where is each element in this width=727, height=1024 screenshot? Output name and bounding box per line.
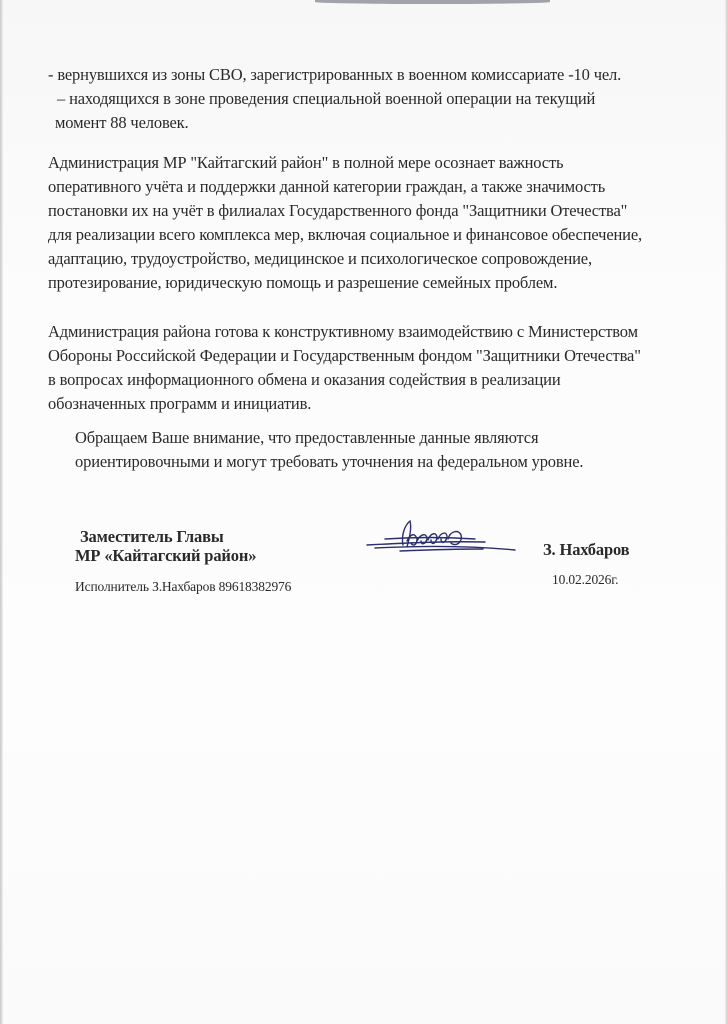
paragraph-line: Администрация МР "Кайтагский район" в по… bbox=[48, 153, 563, 173]
list-item-continuation: момент 88 человек. bbox=[55, 113, 189, 133]
document-date: 10.02.2026г. bbox=[552, 570, 618, 590]
executor-contact: Исполнитель З.Нахбаров 89618382976 bbox=[75, 577, 291, 597]
list-item-returned: - вернувшихся из зоны СВО, зарегистриров… bbox=[48, 65, 621, 85]
paragraph-line: протезирование, юридическую помощь и раз… bbox=[48, 273, 557, 293]
paragraph-line: адаптацию, трудоустройство, медицинское … bbox=[48, 249, 592, 269]
paragraph-line: оперативного учёта и поддержки данной ка… bbox=[48, 177, 605, 197]
paragraph-line: ориентировочными и могут требовать уточн… bbox=[75, 452, 583, 472]
page-edge-left bbox=[0, 0, 3, 1024]
document-page: - вернувшихся из зоны СВО, зарегистриров… bbox=[0, 0, 727, 1024]
paragraph-line: Обороны Российской Федерации и Государст… bbox=[48, 346, 641, 366]
position-organization: МР «Кайтагский район» bbox=[75, 546, 256, 566]
list-item-in-zone: – находящихся в зоне проведения специаль… bbox=[57, 89, 595, 109]
handwritten-signature bbox=[365, 515, 525, 560]
signer-name: З. Нахбаров bbox=[543, 540, 629, 560]
paragraph-line: Администрация района готова к конструкти… bbox=[48, 322, 638, 342]
scan-shadow bbox=[315, 0, 550, 4]
paragraph-line: в вопросах информационного обмена и оказ… bbox=[48, 370, 561, 390]
position-title: Заместитель Главы bbox=[80, 527, 224, 547]
paragraph-line: для реализации всего комплекса мер, вклю… bbox=[48, 225, 642, 245]
paragraph-line: постановки их на учёт в филиалах Государ… bbox=[48, 201, 627, 221]
paragraph-line: обозначенных программ и инициатив. bbox=[48, 394, 311, 414]
paragraph-line: Обращаем Ваше внимание, что предоставлен… bbox=[75, 428, 538, 448]
